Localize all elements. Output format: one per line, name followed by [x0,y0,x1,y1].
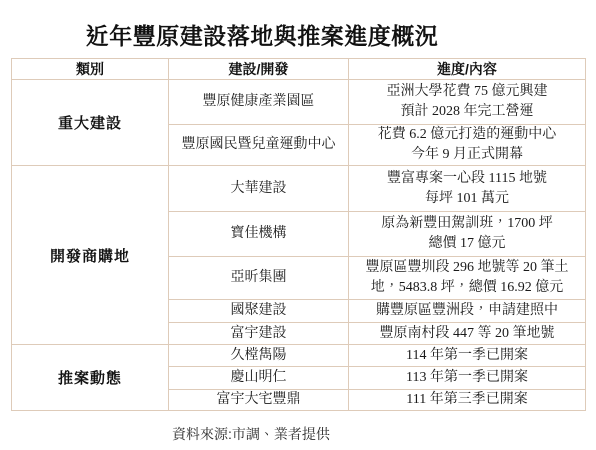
progress-cell: 豐原南村段 447 等 20 筆地號 [349,323,586,345]
column-header-progress: 進度/內容 [349,59,586,80]
progress-cell: 114 年第一季已開案 [349,345,586,367]
progress-cell: 亞洲大學花費 75 億元興建 預計 2028 年完工營運 [349,80,586,125]
table-row: 推案動態 久樘雋陽 114 年第一季已開案 [12,345,586,367]
progress-cell: 豐原區豐圳段 296 地號等 20 筆土 地，5483.8 坪，總價 16.92… [349,257,586,300]
category-cell: 重大建設 [12,80,169,166]
category-cell: 推案動態 [12,345,169,411]
project-cell: 豐原健康產業園區 [169,80,349,125]
source-note: 資料來源:市調、業者提供 [0,411,596,444]
projects-table: 類別 建設/開發 進度/內容 重大建設 豐原健康產業園區 亞洲大學花費 75 億… [11,58,586,411]
project-cell: 亞昕集團 [169,257,349,300]
column-header-project: 建設/開發 [169,59,349,80]
header-row: 類別 建設/開發 進度/內容 [12,59,586,80]
project-cell: 豐原國民暨兒童運動中心 [169,125,349,166]
progress-cell: 原為新豐田駕訓班，1700 坪 總價 17 億元 [349,212,586,257]
project-cell: 寶佳機構 [169,212,349,257]
table-row: 重大建設 豐原健康產業園區 亞洲大學花費 75 億元興建 預計 2028 年完工… [12,80,586,125]
progress-cell: 豐富專案一心段 1115 地號 每坪 101 萬元 [349,166,586,212]
project-cell: 國聚建設 [169,300,349,323]
infographic-page: 近年豐原建設落地與推案進度概況 類別 建設/開發 進度/內容 重大建設 豐原健康… [0,0,596,450]
progress-cell: 花費 6.2 億元打造的運動中心 今年 9 月正式開幕 [349,125,586,166]
project-cell: 久樘雋陽 [169,345,349,367]
project-cell: 慶山明仁 [169,367,349,390]
project-cell: 富宇大宅豐鼎 [169,390,349,411]
page-title: 近年豐原建設落地與推案進度概況 [0,0,596,50]
progress-cell: 113 年第一季已開案 [349,367,586,390]
category-cell: 開發商購地 [12,166,169,345]
progress-cell: 111 年第三季已開案 [349,390,586,411]
column-header-category: 類別 [12,59,169,80]
progress-cell: 購豐原區豐洲段，申請建照中 [349,300,586,323]
project-cell: 大華建設 [169,166,349,212]
table-row: 開發商購地 大華建設 豐富專案一心段 1115 地號 每坪 101 萬元 [12,166,586,212]
project-cell: 富宇建設 [169,323,349,345]
